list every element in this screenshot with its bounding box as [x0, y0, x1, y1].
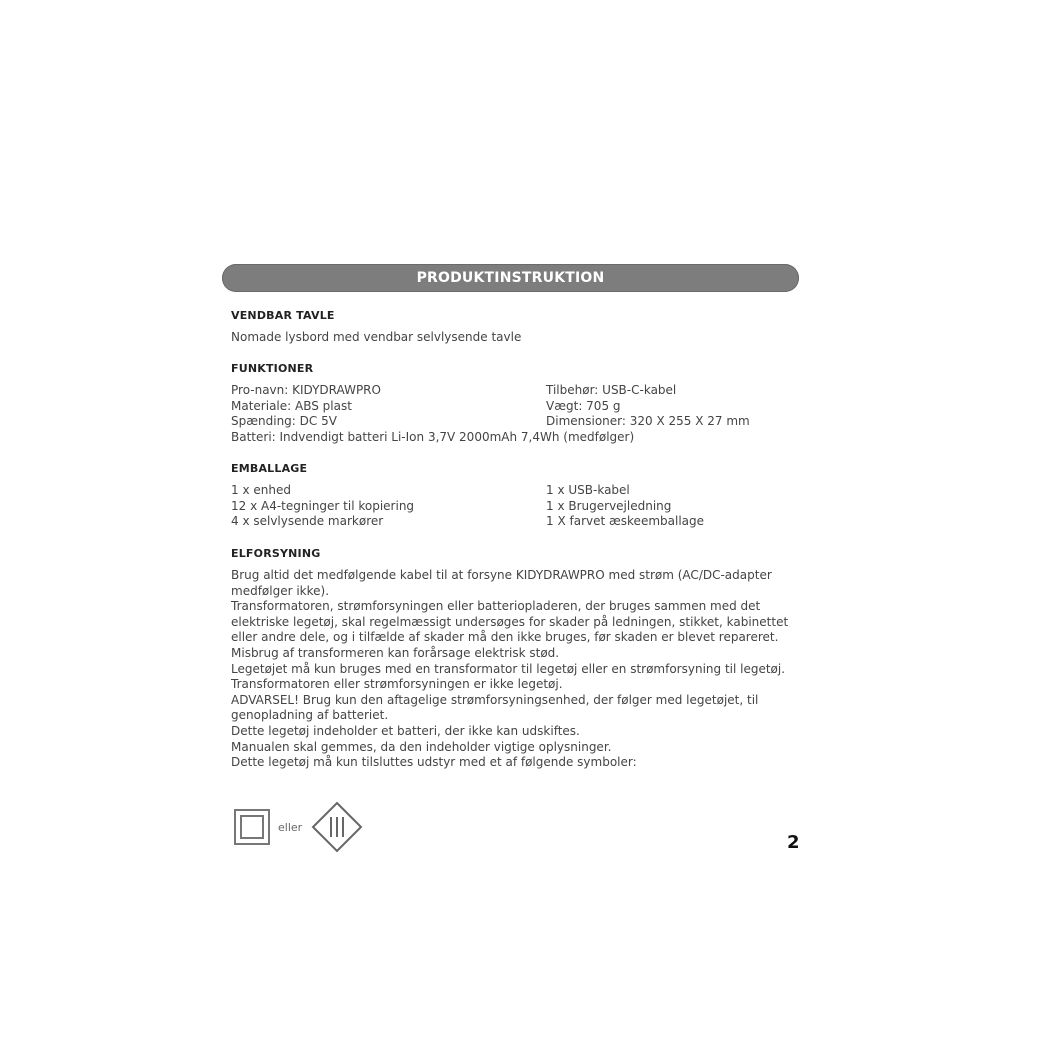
paragraph: Dette legetøj indeholder et batteri, der… — [231, 724, 803, 740]
section-banner: PRODUKTINSTRUKTION — [222, 264, 799, 292]
paragraph: Brug altid det medfølgende kabel til at … — [231, 568, 803, 599]
section-vendbar-tavle: VENDBAR TAVLE Nomade lysbord med vendbar… — [231, 309, 801, 346]
spec-item: Pro-navn: KIDYDRAWPRO — [231, 383, 546, 399]
package-item: 1 x enhed — [231, 483, 546, 499]
package-item: 1 x USB-kabel — [546, 483, 806, 499]
paragraph: Misbrug af transformeren kan forårsage e… — [231, 646, 803, 662]
spec-item: Tilbehør: USB-C-kabel — [546, 383, 806, 399]
paragraph: ADVARSEL! Brug kun den aftagelige strømf… — [231, 693, 803, 724]
paragraph: Transformatoren eller strømforsyningen e… — [231, 677, 803, 693]
diamond-iii-icon — [310, 800, 364, 854]
page-number: 2 — [787, 832, 800, 853]
package-item: 4 x selvlysende markører — [231, 514, 546, 530]
paragraph: Dette legetøj må kun tilsluttes udstyr m… — [231, 755, 803, 771]
heading-elforsyning: ELFORSYNING — [231, 547, 803, 560]
section-emballage: EMBALLAGE 1 x enhed 1 x USB-kabel 12 x A… — [231, 462, 801, 530]
paragraph: Transformatoren, strømforsyningen eller … — [231, 599, 803, 646]
package-item: 12 x A4-tegninger til kopiering — [231, 499, 546, 515]
spec-item: Dimensioner: 320 X 255 X 27 mm — [546, 414, 806, 430]
package-item: 1 x Brugervejledning — [546, 499, 806, 515]
heading-emballage: EMBALLAGE — [231, 462, 801, 475]
spec-battery: Batteri: Indvendigt batteri Li-Ion 3,7V … — [231, 430, 806, 446]
banner-title: PRODUKTINSTRUKTION — [417, 270, 605, 286]
section-funktioner: FUNKTIONER Pro-navn: KIDYDRAWPRO Tilbehø… — [231, 362, 801, 445]
spec-item: Spænding: DC 5V — [231, 414, 546, 430]
heading-vendbar-tavle: VENDBAR TAVLE — [231, 309, 801, 322]
package-item: 1 X farvet æskeemballage — [546, 514, 806, 530]
spec-item: Materiale: ABS plast — [231, 399, 546, 415]
paragraph: Legetøjet må kun bruges med en transform… — [231, 662, 803, 678]
heading-funktioner: FUNKTIONER — [231, 362, 801, 375]
vendbar-description: Nomade lysbord med vendbar selvlysende t… — [231, 330, 801, 346]
safety-symbols: eller — [234, 800, 364, 854]
paragraph: Manualen skal gemmes, da den indeholder … — [231, 740, 803, 756]
double-square-icon — [234, 809, 270, 845]
section-elforsyning: ELFORSYNING Brug altid det medfølgende k… — [231, 547, 803, 771]
spec-item: Vægt: 705 g — [546, 399, 806, 415]
symbol-separator: eller — [278, 821, 302, 834]
